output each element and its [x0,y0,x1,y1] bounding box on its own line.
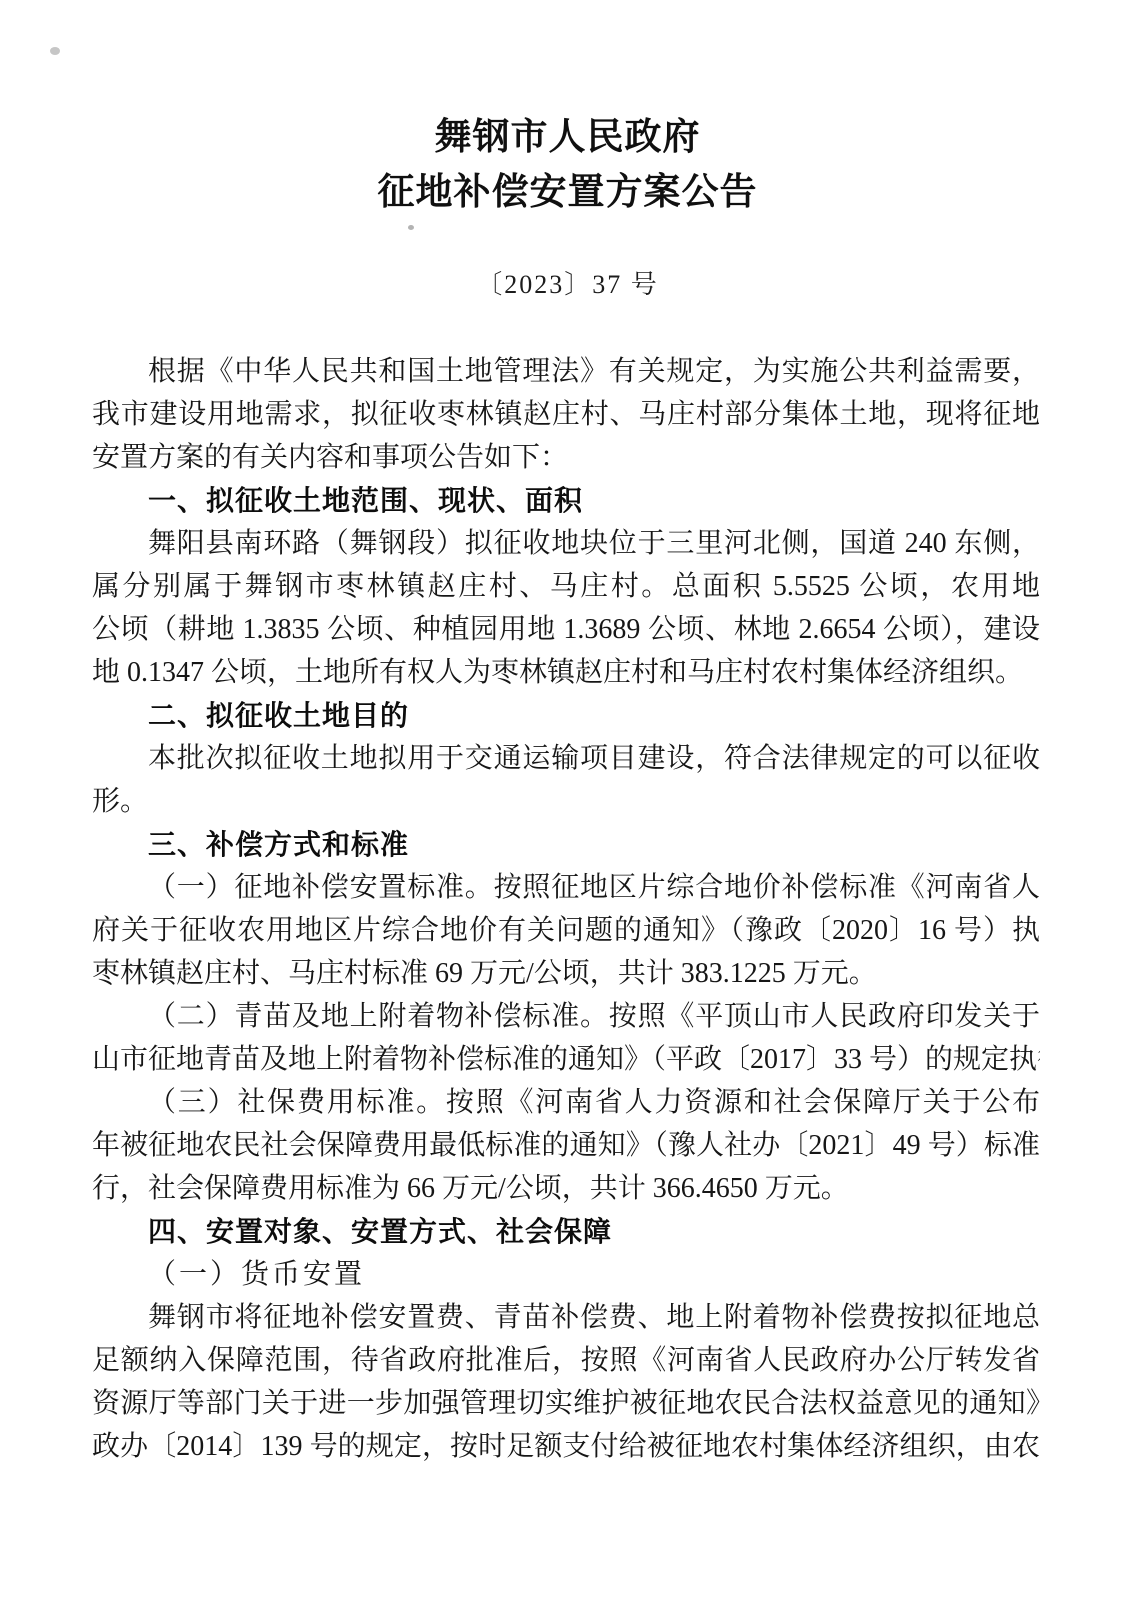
body-line: 府关于征收农用地区片综合地价有关问题的通知》（豫政〔2020〕16 号）执行， [92,909,1040,952]
document-title-line-2: 征地补偿安置方案公告 [0,165,1135,220]
body-line: 形。 [92,780,1040,823]
body-line: 公顷（耕地 1.3835 公顷、种植园用地 1.3689 公顷、林地 2.665… [92,608,1040,651]
section-heading: 一、拟征收土地范围、现状、面积 [92,479,1040,522]
body-line: （一）货币安置 [92,1253,1040,1296]
body-line: （二）青苗及地上附着物补偿标准。按照《平顶山市人民政府印发关于平顶 [92,995,1040,1038]
body-line: 年被征地农民社会保障费用最低标准的通知》（豫人社办〔2021〕49 号）标准执 [92,1124,1040,1167]
body-line: 安置方案的有关内容和事项公告如下： [92,436,1040,479]
scan-speck [408,225,414,230]
section-heading: 三、补偿方式和标准 [92,823,1040,866]
body-line: 足额纳入保障范围，待省政府批准后，按照《河南省人民政府办公厅转发省国土 [92,1339,1040,1382]
section-heading: 二、拟征收土地目的 [92,694,1040,737]
body-line: 行，社会保障费用标准为 66 万元/公顷，共计 366.4650 万元。 [92,1167,1040,1210]
document-number: 〔2023〕37 号 [0,264,1135,301]
body-line: 本批次拟征收土地拟用于交通运输项目建设，符合法律规定的可以征收情 [92,737,1040,780]
body-line: 山市征地青苗及地上附着物补偿标准的通知》（平政〔2017〕33 号）的规定执行。 [92,1038,1040,1081]
body-line: 舞钢市将征地补偿安置费、青苗补偿费、地上附着物补偿费按拟征地总费用 [92,1296,1040,1339]
document-body: 根据《中华人民共和国土地管理法》有关规定，为实施公共利益需要，保障我市建设用地需… [92,350,1040,1468]
body-line: 资源厅等部门关于进一步加强管理切实维护被征地农民合法权益意见的通知》豫 [92,1382,1040,1425]
scan-speck [50,47,60,55]
body-line: 我市建设用地需求，拟征收枣林镇赵庄村、马庄村部分集体土地，现将征地补偿 [92,393,1040,436]
body-line: 属分别属于舞钢市枣林镇赵庄村、马庄村。总面积 5.5525 公顷，农用地 5.4… [92,565,1040,608]
body-line: 根据《中华人民共和国土地管理法》有关规定，为实施公共利益需要，保障 [92,350,1040,393]
body-line: 政办〔2014〕139 号的规定，按时足额支付给被征地农村集体经济组织，由农村 [92,1425,1040,1468]
document-page: 舞钢市人民政府 征地补偿安置方案公告 〔2023〕37 号 根据《中华人民共和国… [0,0,1135,1600]
body-line: （三）社保费用标准。按照《河南省人力资源和社会保障厅关于公布 2021 [92,1081,1040,1124]
document-title-line-1: 舞钢市人民政府 [0,110,1135,165]
body-line: 地 0.1347 公顷，土地所有权人为枣林镇赵庄村和马庄村农村集体经济组织。 [92,651,1040,694]
body-line: 舞阳县南环路（舞钢段）拟征收地块位于三里河北侧，国道 240 东侧，权 [92,522,1040,565]
document-title: 舞钢市人民政府 征地补偿安置方案公告 [0,110,1135,220]
body-line: （一）征地补偿安置标准。按照征地区片综合地价补偿标准《河南省人民政 [92,866,1040,909]
body-line: 枣林镇赵庄村、马庄村标准 69 万元/公顷，共计 383.1225 万元。 [92,952,1040,995]
section-heading: 四、安置对象、安置方式、社会保障 [92,1210,1040,1253]
